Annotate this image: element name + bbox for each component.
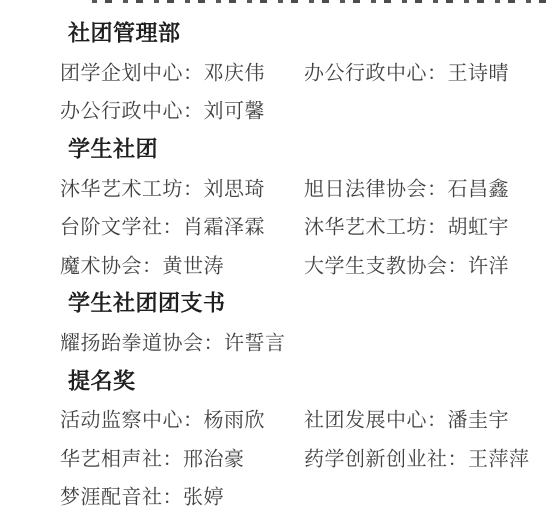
entry-name: 杨雨欣 [204,410,266,432]
entry: 梦涯配音社：张婷 [60,481,224,510]
section-title: 学生社团 [68,133,158,164]
entry-name: 胡虹宇 [448,217,510,239]
entry-org: 社团发展中心： [304,410,448,432]
entry-name: 黄世涛 [163,255,225,277]
entry-line: 台阶文学社：肖霜泽霖 沐华艺术工坊：胡虹宇 [0,206,554,245]
entry-org: 华艺相声社： [60,448,183,470]
entry-name: 邢治豪 [183,448,245,470]
section-title: 社团管理部 [68,17,181,48]
entry-org: 办公行政中心： [60,101,204,123]
entry: 大学生支教协会：许洋 [304,249,509,278]
entry-org: 办公行政中心： [304,62,448,84]
entry-line: 耀扬跆拳道协会：许誓言 [0,322,554,361]
entry-line: 梦涯配音社：张婷 [0,476,554,515]
entry-line: 沐华艺术工坊：刘思琦 旭日法律协会：石昌鑫 [0,167,554,206]
entry-name: 刘可馨 [204,101,266,123]
entry-org: 台阶文学社： [60,217,183,239]
entry-name: 王诗晴 [448,62,510,84]
entry-org: 旭日法律协会： [304,178,448,200]
entry-org: 魔术协会： [60,255,163,277]
document-page: 社团管理部 团学企划中心：邓庆伟 办公行政中心：王诗晴 办公行政中心：刘可馨 学… [0,0,554,529]
entry-org: 沐华艺术工坊： [304,217,448,239]
entry-org: 团学企划中心： [60,62,204,84]
entry: 沐华艺术工坊：刘思琦 [60,172,265,201]
section-heading-line: 提名奖 [0,360,554,399]
entry: 药学创新创业社：王萍萍 [304,442,530,471]
entry: 社团发展中心：潘圭宇 [304,404,509,433]
entry-name: 邓庆伟 [204,62,266,84]
section-heading-line: 学生社团团支书 [0,283,554,322]
entry: 华艺相声社：邢治豪 [60,442,245,471]
entry-name: 许誓言 [224,333,286,355]
entry: 沐华艺术工坊：胡虹宇 [304,211,509,240]
entry-org: 耀扬跆拳道协会： [60,333,224,355]
entry-line: 活动监察中心：杨雨欣 社团发展中心：潘圭宇 [0,399,554,438]
entry-name: 张婷 [183,487,224,509]
entry-name: 石昌鑫 [448,178,510,200]
entry-org: 大学生支教协会： [304,255,468,277]
entry-line: 团学企划中心：邓庆伟 办公行政中心：王诗晴 [0,52,554,91]
entry-name: 许洋 [468,255,509,277]
entry: 旭日法律协会：石昌鑫 [304,172,509,201]
entry-line: 办公行政中心：刘可馨 [0,90,554,129]
section-heading-line: 社团管理部 [0,13,554,52]
entry: 魔术协会：黄世涛 [60,249,224,278]
entry: 台阶文学社：肖霜泽霖 [60,211,265,240]
award-list: 社团管理部 团学企划中心：邓庆伟 办公行政中心：王诗晴 办公行政中心：刘可馨 学… [0,13,554,515]
entry: 办公行政中心：王诗晴 [304,56,509,85]
entry-org: 药学创新创业社： [304,448,468,470]
entry-name: 王萍萍 [468,448,530,470]
entry-line: 华艺相声社：邢治豪 药学创新创业社：王萍萍 [0,438,554,477]
section-heading-line: 学生社团 [0,129,554,168]
entry-line: 魔术协会：黄世涛 大学生支教协会：许洋 [0,245,554,284]
section-title: 学生社团团支书 [68,287,226,318]
entry-org: 活动监察中心： [60,410,204,432]
entry-name: 潘圭宇 [448,410,510,432]
entry: 团学企划中心：邓庆伟 [60,56,265,85]
section-title: 提名奖 [68,364,136,395]
entry: 耀扬跆拳道协会：许誓言 [60,327,286,356]
entry-org: 梦涯配音社： [60,487,183,509]
entry: 活动监察中心：杨雨欣 [60,404,265,433]
entry: 办公行政中心：刘可馨 [60,95,265,124]
cropped-text-remnant [92,0,548,3]
entry-name: 肖霜泽霖 [183,217,265,239]
entry-name: 刘思琦 [204,178,266,200]
entry-org: 沐华艺术工坊： [60,178,204,200]
